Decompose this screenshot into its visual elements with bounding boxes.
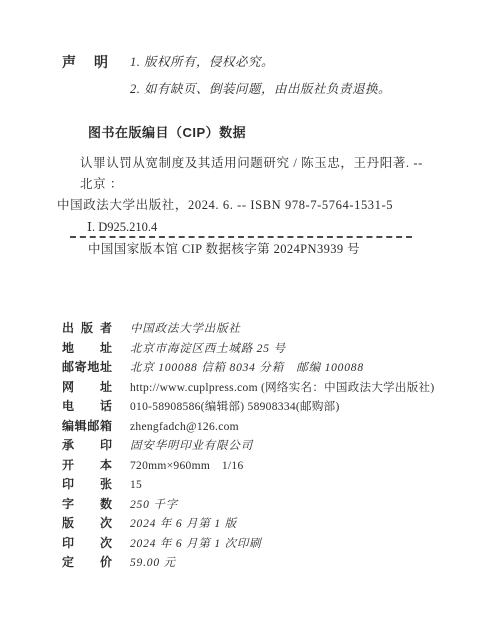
declaration-item-2: 2. 如有缺页、倒装问题，由出版社负责退换。 bbox=[130, 80, 391, 98]
cip-heading: 图书在版编目（CIP）数据 bbox=[88, 122, 437, 143]
row-label: 邮寄地址 bbox=[62, 358, 112, 375]
colophon-row-mailing-address: 邮寄地址 北京 100088 信箱 8034 分箱 邮编 100088 bbox=[62, 358, 442, 378]
row-label: 定价 bbox=[62, 553, 112, 570]
colophon-row-printing: 印次 2024 年 6 月第 1 次印刷 bbox=[62, 534, 442, 554]
cip-block: 图书在版编目（CIP）数据 认罪认罚从宽制度及其适用问题研究 / 陈玉忠，王丹阳… bbox=[57, 122, 437, 260]
row-label: 出版者 bbox=[62, 319, 112, 336]
cip-classification: Ⅰ. D925.210.4 bbox=[87, 217, 437, 238]
row-value: 中国政法大学出版社 bbox=[130, 320, 241, 336]
cip-record-number: 中国国家版本馆 CIP 数据核字第 2024PN3939 号 bbox=[88, 239, 437, 260]
email-address: zhengfadch@126.com bbox=[130, 421, 239, 433]
row-label: 版次 bbox=[62, 514, 112, 531]
colophon-row-word-count: 字数 250 千字 bbox=[62, 495, 442, 515]
row-label: 电话 bbox=[62, 397, 112, 414]
declaration-items: 1. 版权所有，侵权必究。 2. 如有缺页、倒装问题，由出版社负责退换。 bbox=[130, 53, 391, 107]
row-label: 印张 bbox=[62, 475, 112, 492]
website-url: http://www.cuplpress.com (网络实名：中国政法大学出版社… bbox=[130, 379, 434, 395]
declaration-block: 声明 1. 版权所有，侵权必究。 2. 如有缺页、倒装问题，由出版社负责退换。 bbox=[62, 53, 391, 107]
row-value: 720mm×960mm 1/16 bbox=[130, 457, 244, 473]
dashed-divider bbox=[70, 236, 412, 238]
row-value: 北京 100088 信箱 8034 分箱 邮编 100088 bbox=[130, 359, 364, 375]
cip-entry-line-1: 认罪认罚从宽制度及其适用问题研究 / 陈玉忠，王丹阳著. -- 北京 ： bbox=[80, 153, 437, 195]
row-value: 2024 年 6 月第 1 次印刷 bbox=[130, 535, 261, 551]
row-value: 固安华明印业有限公司 bbox=[130, 437, 253, 453]
colophon-row-format: 开本 720mm×960mm 1/16 bbox=[62, 456, 442, 476]
declaration-heading: 声明 bbox=[62, 53, 108, 71]
row-label: 字数 bbox=[62, 495, 112, 512]
row-label: 开本 bbox=[62, 456, 112, 473]
colophon-row-price: 定价 59.00 元 bbox=[62, 553, 442, 573]
declaration-item-1: 1. 版权所有，侵权必究。 bbox=[130, 53, 391, 71]
cip-entry-line-2: 中国政法大学出版社，2024. 6. -- ISBN 978-7-5764-15… bbox=[57, 195, 437, 216]
colophon-row-editor-email: 编辑邮箱 zhengfadch@126.com bbox=[62, 417, 442, 437]
row-value: 北京市海淀区西土城路 25 号 bbox=[130, 340, 286, 356]
phone-numbers: 010-58908586(编辑部) 58908334(邮购部) bbox=[130, 398, 340, 414]
row-value: 15 bbox=[130, 479, 142, 491]
row-value: 250 千字 bbox=[130, 496, 178, 512]
row-value: 59.00 元 bbox=[130, 554, 176, 570]
colophon-row-publisher: 出版者 中国政法大学出版社 bbox=[62, 319, 442, 339]
copyright-page: 声明 1. 版权所有，侵权必究。 2. 如有缺页、倒装问题，由出版社负责退换。 … bbox=[0, 0, 482, 620]
row-label: 编辑邮箱 bbox=[62, 417, 112, 434]
row-label: 印次 bbox=[62, 534, 112, 551]
row-label: 承印 bbox=[62, 436, 112, 453]
colophon-row-printer: 承印 固安华明印业有限公司 bbox=[62, 436, 442, 456]
colophon-row-phone: 电话 010-58908586(编辑部) 58908334(邮购部) bbox=[62, 397, 442, 417]
row-value: 2024 年 6 月第 1 版 bbox=[130, 515, 237, 531]
row-label: 地址 bbox=[62, 339, 112, 356]
colophon-row-sheets: 印张 15 bbox=[62, 475, 442, 495]
colophon-row-address: 地址 北京市海淀区西土城路 25 号 bbox=[62, 339, 442, 359]
colophon-row-website: 网址 http://www.cuplpress.com (网络实名：中国政法大学… bbox=[62, 378, 442, 398]
colophon-row-edition: 版次 2024 年 6 月第 1 版 bbox=[62, 514, 442, 534]
colophon-list: 出版者 中国政法大学出版社 地址 北京市海淀区西土城路 25 号 邮寄地址 北京… bbox=[62, 319, 442, 573]
row-label: 网址 bbox=[62, 378, 112, 395]
